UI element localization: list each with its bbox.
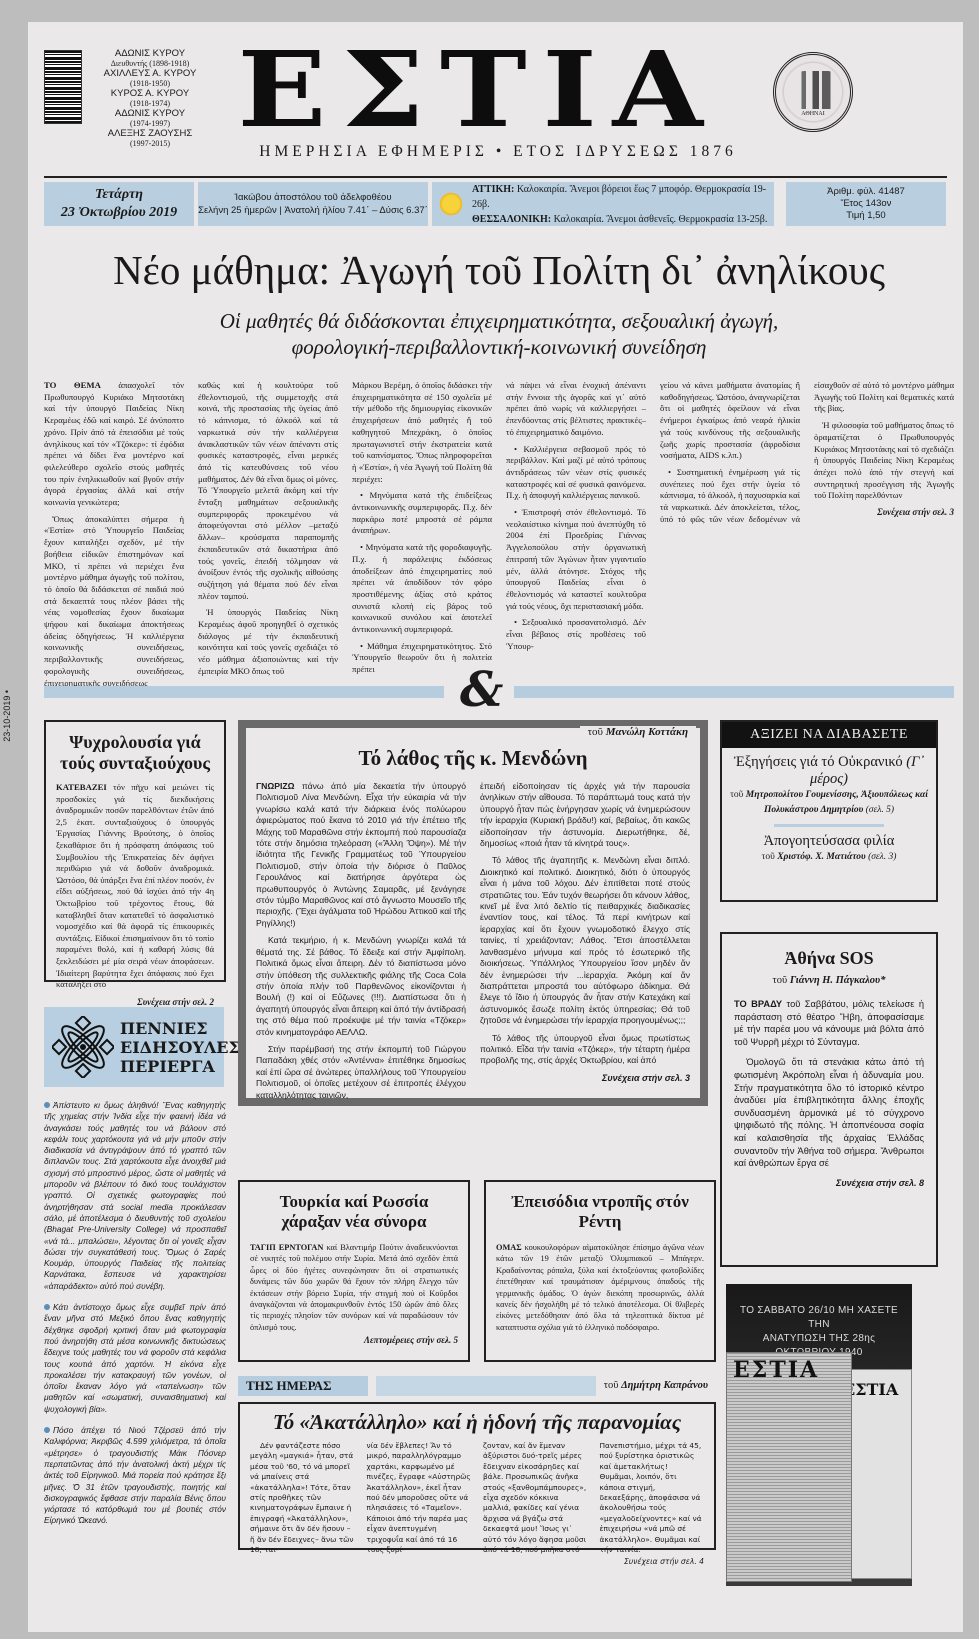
seal-emblem-icon: ΑΘΗΝΑΙ — [773, 52, 853, 132]
byline-author: Γιάννη Η. Πάγκαλου* — [790, 975, 886, 986]
article-text: τόν πῆχυ καί μειώνει τίς προσδοκίες γιά … — [56, 782, 214, 989]
article-paragraph: Ὁμολογῶ ὅτι τά στενάκια κάτω ἀπό τή φωτι… — [734, 1056, 924, 1169]
byline-author: Μανώλη Κοττάκη — [606, 726, 688, 738]
column-title: Τό «Ἀκατάλληλο» καί ἡ ἡδονή τῆς παρανομί… — [250, 1412, 704, 1433]
lead-paragraph: Ἡ φιλοσοφία τοῦ μαθήματος ὅπως τό ὁραματ… — [814, 420, 954, 502]
column-paragraph: Δέν φαντάζεστε πόσο μεγάλη «μαγκιά» ἦταν… — [250, 1441, 355, 1568]
article-kicker: ΤΑΓΙΠ ΕΡΝΤΟΓΑΝ — [250, 1243, 323, 1252]
lead-paragraph: νά πάψει νά εἶναι ἐνοχική ἀπέναντι στήν … — [506, 380, 646, 439]
weather-attiki: Καλοκαιρία. Ἄνεμοι βόρειοι ἕως 7 μποφόρ.… — [472, 184, 766, 210]
article-title: Ἐπεισόδια ντροπῆς στόν Ρέντη — [496, 1192, 704, 1232]
byline-author: Χριστόφ. Χ. Ματιάτου — [777, 852, 866, 862]
weather-thessaloniki: Καλοκαιρία. Ἄνεμοι ἀσθενεῖς. Θερμοκρασία… — [554, 214, 768, 225]
founder-years: (1997-2015) — [90, 139, 210, 148]
lead-paragraph: • Σεξουαλικό προσανατολισμό. Δέν εἶναι β… — [506, 617, 646, 652]
date-block: Τετάρτη 23 Ὀκτωβρίου 2019 — [44, 182, 194, 226]
newspaper-logo: ΕΣΤΙΑ — [192, 42, 763, 138]
article-kicker: ΤΟ ΒΡΑΔΥ — [734, 999, 782, 1009]
lead-paragraph: Μάρκου Βερέμη, ὁ ὁποῖος διδάσκει τήν ἐπι… — [352, 380, 492, 485]
price: Τιμή 1,50 — [786, 210, 946, 222]
barcode — [44, 50, 82, 124]
ad-paper-logo: ΕΣΤΙΑ — [733, 1357, 819, 1383]
continued-link[interactable]: Συνέχεια στήν σελ. 3 — [480, 1073, 690, 1084]
lead-paragraph: • Ἐπιστροφή στόν ἐθελοντισμό. Τό νεολαιί… — [506, 507, 646, 612]
subheadline-line: φορολογική-περιβαλλοντική-κοινωνική συνε… — [44, 334, 954, 360]
lead-paragraph: γείου νά κάνει μαθήματα ἀνατομίας ἤ καθο… — [660, 380, 800, 462]
ad-text-line: ΤΟ ΣΑΒΒΑΤΟ 26/10 ΜΗ ΧΑΣΕΤΕ ΤΗΝ — [732, 1304, 906, 1332]
seal-figures-icon — [798, 71, 834, 109]
info-bar: Τετάρτη 23 Ὀκτωβρίου 2019 Ἰακώβου ἀποστό… — [44, 182, 954, 226]
article-body: ΤΑΓΙΠ ΕΡΝΤΟΓΑΝ καί Βλαντιμήρ Πούτιν ἀναδ… — [250, 1242, 458, 1333]
lead-paragraph: Ἡ ὑπουργός Παιδείας Νίκη Κεραμέως ἀφοῦ π… — [198, 607, 338, 677]
lead-paragraph: καθώς καί ἡ κουλτούρα τοῦ ἐθελοντισμοῦ, … — [198, 380, 338, 602]
article-text: καί Βλαντιμήρ Πούτιν ἀναδεικνύονται σέ ν… — [250, 1243, 458, 1332]
article-title: Ἀθήνα SOS — [734, 948, 924, 969]
column-paragraph: ζονταν, καί ἄν ἔμεναν ἀξύριστοι δυό-τρεῖ… — [483, 1441, 588, 1568]
recommended-header: ΑΞΙΖΕΙ ΝΑ ΔΙΑΒΑΣΕΤΕ — [722, 722, 936, 748]
column-paragraph: νία δέν ἔβλεπες! Ἄν τό μικρό, παραλληλόγ… — [367, 1441, 472, 1568]
lead-column: νά πάψει νά εἶναι ἐνοχική ἀπέναντι στήν … — [506, 380, 646, 694]
lead-kicker: ΤΟ ΘΕΜΑ — [44, 380, 101, 390]
continued-link[interactable]: Συνέχεια στήν σελ. 8 — [734, 1178, 924, 1188]
article-body: ΤΟ ΒΡΑΔΥ τοῦ Σαββάτου, μόλις τελείωσε ἡ … — [734, 998, 924, 1170]
column-header-bar: ΤΗΣ ΗΜΕΡΑΣ τοῦ Δημήτρη Καπράνου — [238, 1376, 716, 1396]
byline-prefix: τοῦ — [730, 790, 743, 800]
byline-prefix: τοῦ — [762, 852, 775, 862]
pennies-title-line: ΠΕΡΙΕΡΓΑ — [120, 1057, 240, 1076]
recommended-title-text: Ἐξηγήσεις γιά τό Οὐκρανικό — [734, 754, 903, 770]
side-date-stamp: 23-10-2019 • — [2, 690, 12, 742]
calendar-block: Ἰακώβου ἀποστόλου τοῦ ἀδελφοθέου Σελήνη … — [198, 182, 428, 226]
byline: τοῦ Γιάννη Η. Πάγκαλου* — [734, 975, 924, 986]
column-body: Δέν φαντάζεστε πόσο μεγάλη «μαγκιά» ἦταν… — [250, 1441, 704, 1568]
column-paragraph: Στήν παρέμβασή της στήν ἐκπομπή τοῦ Γιώρ… — [256, 1044, 466, 1101]
reprint-advertisement[interactable]: ΤΟ ΣΑΒΒΑΤΟ 26/10 ΜΗ ΧΑΣΕΤΕ ΤΗΝ ΑΝΑΤΥΠΩΣΗ… — [726, 1284, 912, 1586]
continued-link[interactable]: Συνέχεια στήν σελ. 4 — [600, 1557, 705, 1567]
tagline: ΗΜΕΡΗΣΙΑ ΕΦΗΜΕΡΙΣ • ΕΤΟΣ ΙΔΡΥΣΕΩΣ 1876 — [238, 143, 758, 161]
lead-article: ΤΟ ΘΕΜΑ ἀπασχολεῖ τόν Πρωθυπουργό Κυριάκ… — [44, 380, 954, 638]
column-kicker: ΓΝΩΡΙΖΩ — [256, 781, 295, 791]
recommended-reading-box: ΑΞΙΖΕΙ ΝΑ ΔΙΑΒΑΣΕΤΕ Ἐξηγήσεις γιά τό Οὐκ… — [720, 720, 938, 902]
article-body: ΚΑΤΕΒΑΖΕΙ τόν πῆχυ καί μειώνει τίς προσδ… — [56, 782, 214, 991]
byline: τοῦ Δημήτρη Καπράνου — [596, 1376, 716, 1396]
pennies-title-line: ΠΕΝΝΙΕΣ — [120, 1019, 240, 1038]
main-headline: Νέο μάθημα: Ἀγωγή τοῦ Πολίτη δι᾽ ἀνηλίκο… — [44, 247, 954, 293]
article-pensioners: Ψυχρολουσία γιά τούς συνταξιούχους ΚΑΤΕΒ… — [44, 720, 226, 982]
byline-author: Μητροπολίτου Γουμενίσσης, Ἀξιουπόλεως κα… — [746, 790, 928, 815]
lead-paragraph: • Μηνύματα κατά τῆς φοροδιαφυγῆς. Π.χ. ἡ… — [352, 542, 492, 636]
byline-prefix: τοῦ — [588, 726, 603, 738]
saint-of-day: Ἰακώβου ἀποστόλου τοῦ ἀδελφοθέου — [198, 191, 428, 204]
lead-paragraph: • Μηνύματα κατά τῆς ἐπιδείξεως ἀντικοινω… — [352, 490, 492, 537]
bullet-icon — [44, 1427, 50, 1433]
article-kicker: ΟΜΑΣ — [496, 1243, 522, 1252]
flower-ornament-icon — [52, 1016, 114, 1078]
pennies-title-line: ΕΙΔΗΣΟΥΛΕΣ — [120, 1038, 240, 1057]
lead-column: γείου νά κάνει μαθήματα ἀνατομίας ἤ καθο… — [660, 380, 954, 694]
byline: τοῦ Μανώλη Κοττάκη — [580, 726, 696, 738]
ampersand-symbol: & — [460, 662, 503, 718]
article-title: Τουρκία καί Ρωσσία χάραξαν νέα σύνορα — [250, 1192, 458, 1232]
page-ref: (σελ. 5) — [866, 805, 894, 815]
column-col: Πανεπιστήμιο, μέχρι τά 45, πού ξυρίστηκα… — [600, 1441, 705, 1568]
article-body: ΟΜΑΣ κουκουλοφόρων αἱματοκύλησε ἐπίσημο … — [496, 1242, 704, 1333]
recommended-item-title[interactable]: Ἀπογοητεύσασα φιλία — [722, 833, 936, 850]
byline-author: Δημήτρη Καπράνου — [621, 1380, 708, 1391]
lead-paragraph: ἀπασχολεῖ τόν Πρωθυπουργό Κυριάκο Μητσοτ… — [44, 380, 184, 507]
column-col: ΓΝΩΡΙΖΩ πάνω ἀπό μία δεκαετία τήν ὑπουργ… — [256, 781, 466, 1107]
column-tis-imeras: Τό «Ἀκατάλληλο» καί ἡ ἡδονή τῆς παρανομί… — [238, 1402, 716, 1550]
recommended-item-byline: τοῦ Χριστόφ. Χ. Ματιάτου (σελ. 3) — [722, 850, 936, 865]
newspaper-image: ΕΣΤΙΑ — [726, 1352, 852, 1582]
masthead-rule — [44, 176, 947, 178]
column-paragraph: Κατά τεκμήριο, ἡ κ. Μενδώνη γνωρίζει καλ… — [256, 935, 466, 1038]
pennies-item-text: Κάτι ἀντίστοιχο ὅμως εἶχε συμβεῖ πρίν ἀπ… — [44, 1302, 226, 1414]
pennies-item: Ἀπίστευτο κι ὅμως ἀληθινό! Ἕνας καθηγητή… — [44, 1100, 226, 1292]
article-athina-sos: Ἀθήνα SOS τοῦ Γιάννη Η. Πάγκαλου* ΤΟ ΒΡΑ… — [720, 932, 938, 1267]
byline-prefix: τοῦ — [604, 1380, 619, 1391]
divider-bar — [44, 686, 444, 698]
article-turkey-russia: Τουρκία καί Ρωσσία χάραξαν νέα σύνορα ΤΑ… — [238, 1180, 470, 1362]
lead-column: καθώς καί ἡ κουλτούρα τοῦ ἐθελοντισμοῦ, … — [198, 380, 338, 694]
divider-bar — [514, 686, 954, 698]
date: 23 Ὀκτωβρίου 2019 — [44, 204, 194, 222]
page-ref: (σελ. 3) — [868, 852, 896, 862]
pennies-items: Ἀπίστευτο κι ὅμως ἀληθινό! Ἕνας καθηγητή… — [44, 1100, 226, 1537]
lead-paragraph: • Καλλιέργεια σεβασμοῦ πρός τό περιβάλλο… — [506, 444, 646, 503]
column-tag: ΤΗΣ ΗΜΕΡΑΣ — [238, 1376, 368, 1396]
continued-link[interactable]: Συνέχεια στήν σελ. 2 — [56, 997, 214, 1007]
article-title: Ψυχρολουσία γιά τούς συνταξιούχους — [56, 732, 214, 774]
lead-column: ΤΟ ΘΕΜΑ ἀπασχολεῖ τόν Πρωθυπουργό Κυριάκ… — [44, 380, 184, 694]
recommended-item-byline: τοῦ Μητροπολίτου Γουμενίσσης, Ἀξιουπόλεω… — [722, 788, 936, 818]
column-paragraph: Τό λάθος τῆς ἀγαπητῆς κ. Μενδώνη εἶναι δ… — [480, 855, 690, 1026]
separator — [774, 824, 884, 827]
newspaper-front-page: ΑΔΩΝΙΣ ΚΥΡΟΥ Διευθυντής (1898-1918) ΑΧΙΛ… — [28, 22, 963, 1632]
column-paragraph: Πανεπιστήμιο, μέχρι τά 45, πού ξυρίστηκα… — [600, 1441, 705, 1555]
column-col: ἐπειδή εἰδοποίησαν τίς ἀρχές γιά τήν παρ… — [480, 781, 690, 1107]
issue-year: Ἔτος 143ον — [786, 198, 946, 210]
lead-column: Μάρκου Βερέμη, ὁ ὁποῖος διδάσκει τήν ἐπι… — [352, 380, 492, 694]
seal-text: ΑΘΗΝΑΙ — [776, 111, 850, 117]
article-rent-incidents: Ἐπεισόδια ντροπῆς στόν Ρέντη ΟΜΑΣ κουκου… — [484, 1180, 716, 1362]
byline-prefix: τοῦ — [773, 975, 788, 986]
lead-paragraph: Ὅπως ἀποκαλύπτει σήμερα ἡ «Ἑστία» στό Ὑπ… — [44, 514, 184, 690]
continued-link[interactable]: Λεπτομέρειες στήν σελ. 5 — [250, 1335, 458, 1345]
column-body: ΓΝΩΡΙΖΩ πάνω ἀπό μία δεκαετία τήν ὑπουργ… — [256, 781, 690, 1107]
pennies-item-text: Ἀπίστευτο κι ὅμως ἀληθινό! Ἕνας καθηγητή… — [44, 1100, 226, 1291]
article-kicker: ΚΑΤΕΒΑΖΕΙ — [56, 782, 107, 792]
header-fill — [376, 1376, 596, 1396]
column-paragraph: πάνω ἀπό μία δεκαετία τήν ὑπουργό Πολιτι… — [256, 781, 466, 928]
weather-block: ΑΤΤΙΚΗ: Καλοκαιρία. Ἄνεμοι βόρειοι ἕως 7… — [432, 182, 774, 226]
pennies-item: Πόσο ἀπέχει τό Νιού Τζέρσεϋ ἀπό τήν Καλι… — [44, 1425, 226, 1527]
moon-sun-times: Σελήνη 25 ἡμερῶν | Ἀνατολή ἡλίου 7.41΄ –… — [198, 204, 428, 217]
weekday: Τετάρτη — [44, 186, 194, 204]
bullet-icon — [44, 1304, 50, 1310]
pennies-title: ΠΕΝΝΙΕΣ ΕΙΔΗΣΟΥΛΕΣ ΠΕΡΙΕΡΓΑ — [120, 1019, 240, 1076]
pennies-banner: ΠΕΝΝΙΕΣ ΕΙΔΗΣΟΥΛΕΣ ΠΕΡΙΕΡΓΑ — [44, 1007, 224, 1087]
sun-icon — [438, 191, 464, 217]
bullet-icon — [44, 1102, 50, 1108]
weather-region-label: ΑΤΤΙΚΗ: — [472, 184, 514, 195]
issue-block: Ἀριθμ. φύλ. 41487 Ἔτος 143ον Τιμή 1,50 — [786, 182, 946, 226]
main-subheadline: Οἱ μαθητές θά διδάσκονται ἐπιχειρηματικό… — [44, 308, 954, 360]
continued-link[interactable]: Συνέχεια στήν σελ. 3 — [814, 507, 954, 519]
weather-region-label: ΘΕΣΣΑΛΟΝΙΚΗ: — [472, 214, 551, 225]
pennies-item-text: Πόσο ἀπέχει τό Νιού Τζέρσεϋ ἀπό τήν Καλι… — [44, 1425, 226, 1525]
column-title: Τό λάθος τῆς κ. Μενδώνη — [256, 748, 690, 769]
issue-number: Ἀριθμ. φύλ. 41487 — [786, 186, 946, 198]
column-paragraph: Τό λάθος τῆς ὑπουργοῦ εἶναι ὅμως πρωτίστ… — [480, 1033, 690, 1067]
column-paragraph: ἐπειδή εἰδοποίησαν τίς ἀρχές γιά τήν παρ… — [480, 781, 690, 849]
column-kottakis: τοῦ Μανώλη Κοττάκη Τό λάθος τῆς κ. Μενδώ… — [238, 720, 708, 1106]
pennies-item: Κάτι ἀντίστοιχο ὅμως εἶχε συμβεῖ πρίν ἀπ… — [44, 1302, 226, 1415]
article-text: κουκουλοφόρων αἱματοκύλησε ἐπίσημο ἀγῶνα… — [496, 1243, 704, 1332]
subheadline-line: Οἱ μαθητές θά διδάσκονται ἐπιχειρηματικό… — [44, 308, 954, 334]
recommended-item-title[interactable]: Ἐξηγήσεις γιά τό Οὐκρανικό (Γ᾽ μέρος) — [722, 754, 936, 788]
